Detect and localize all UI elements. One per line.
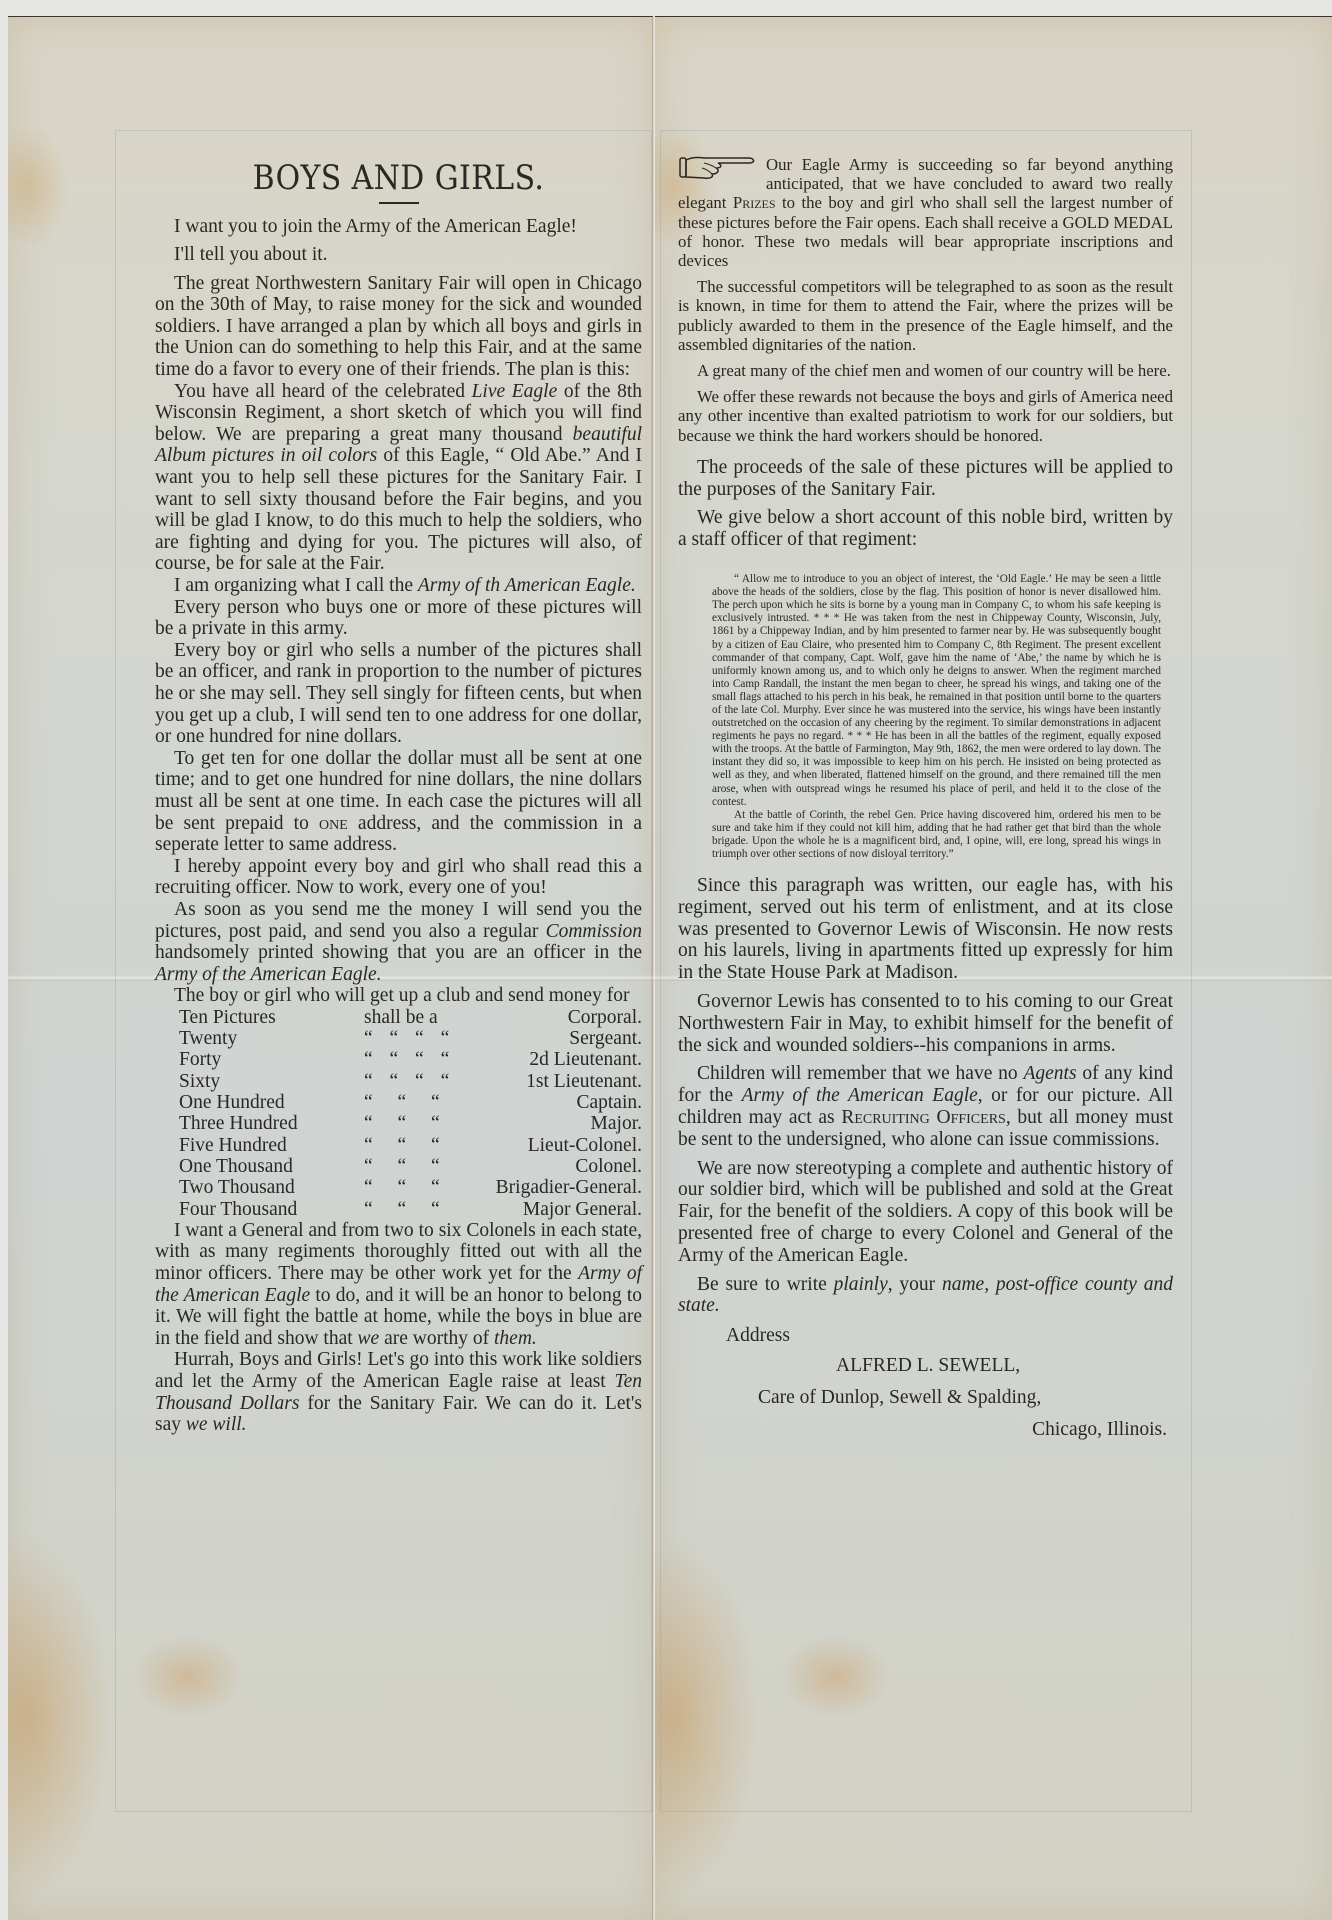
sheet-seam xyxy=(652,16,655,1920)
officer-quote: “ Allow me to introduce to you an object… xyxy=(712,573,1161,861)
small-caps-text: Recruiting Officers xyxy=(841,1107,1006,1128)
paragraph-proceeds: The proceeds of the sale of these pictur… xyxy=(678,457,1173,501)
page-title: BOYS AND GIRLS. xyxy=(184,158,613,198)
address-name: ALFRED L. SEWELL, xyxy=(678,1355,1173,1377)
paragraph-organizing: I am organizing what I call the Army of … xyxy=(155,575,642,597)
address-block: Address ALFRED L. SEWELL, Care of Dunlop… xyxy=(678,1325,1173,1440)
paragraph-general: I want a General and from two to six Col… xyxy=(155,1220,642,1350)
italic-text: plainly xyxy=(834,1274,888,1295)
rank-row: Three Hundred“ “ “Major. xyxy=(179,1113,642,1134)
rank-ditto: “ “ “ “ xyxy=(364,1071,474,1092)
left-column: BOYS AND GIRLS. I want you to join the A… xyxy=(155,150,642,1436)
italic-text: Live Eagle xyxy=(472,381,558,402)
italic-text: them. xyxy=(494,1328,537,1349)
rank-title: Brigadier-General. xyxy=(474,1177,642,1198)
rank-ditto: shall be a xyxy=(364,1007,474,1028)
italic-text: Agents xyxy=(1023,1063,1076,1084)
paragraph-write-plainly: Be sure to write plainly, your name, pos… xyxy=(678,1274,1173,1318)
rank-count: One Thousand xyxy=(179,1156,364,1177)
paragraph-private: Every person who buys one or more of the… xyxy=(155,597,642,640)
paragraph-commission: As soon as you send me the money I will … xyxy=(155,899,642,985)
rank-count: Sixty xyxy=(179,1071,364,1092)
rank-ditto: “ “ “ xyxy=(364,1135,474,1156)
title-rule xyxy=(379,202,419,204)
rank-row: Four Thousand“ “ “Major General. xyxy=(179,1199,642,1220)
text: I am organizing what I call the xyxy=(174,575,418,596)
rank-row: Two Thousand“ “ “Brigadier-General. xyxy=(179,1177,642,1198)
rank-count: Four Thousand xyxy=(179,1199,364,1220)
rank-count: Two Thousand xyxy=(179,1177,364,1198)
paragraph-governor: Governor Lewis has consented to to his c… xyxy=(678,991,1173,1056)
rank-ditto: “ “ “ xyxy=(364,1199,474,1220)
text: handsomely printed showing that you are … xyxy=(155,942,642,963)
paragraph-below: We give below a short account of this no… xyxy=(678,507,1173,551)
small-caps-text: one xyxy=(319,813,348,834)
paragraph-stereotyping: We are now stereotyping a complete and a… xyxy=(678,1158,1173,1267)
rank-count: Forty xyxy=(179,1049,364,1070)
italic-text: Army of the American Eagle xyxy=(742,1085,978,1106)
paragraph-hurrah: Hurrah, Boys and Girls! Let's go into th… xyxy=(155,1349,642,1435)
rank-title: Major. xyxy=(474,1113,642,1134)
italic-text: we will. xyxy=(186,1414,247,1435)
rank-title: 1st Lieutenant. xyxy=(474,1071,642,1092)
rank-ditto: “ “ “ “ xyxy=(364,1049,474,1070)
rank-row: Twenty“ “ “ “Sergeant. xyxy=(179,1028,642,1049)
paragraph-tell: I'll tell you about it. xyxy=(155,244,642,266)
address-city: Chicago, Illinois. xyxy=(678,1419,1173,1441)
rank-title: Captain. xyxy=(474,1092,642,1113)
address-label: Address xyxy=(678,1325,1173,1347)
rank-count: Twenty xyxy=(179,1028,364,1049)
text: Hurrah, Boys and Girls! Let's go into th… xyxy=(155,1349,642,1392)
rank-row: One Thousand“ “ “Colonel. xyxy=(179,1156,642,1177)
rank-row: One Hundred“ “ “Captain. xyxy=(179,1092,642,1113)
rank-count: Three Hundred xyxy=(179,1113,364,1134)
rank-title: Lieut-Colonel. xyxy=(474,1135,642,1156)
rank-count: Five Hundred xyxy=(179,1135,364,1156)
text: I want a General and from two to six Col… xyxy=(155,1220,642,1284)
paragraph-officer: Every boy or girl who sells a number of … xyxy=(155,640,642,748)
rank-title: Major General. xyxy=(474,1199,642,1220)
rank-ditto: “ “ “ “ xyxy=(364,1028,474,1049)
italic-text: Army of the American Eagle. xyxy=(155,964,382,985)
text: Be sure to write xyxy=(697,1274,834,1295)
text: Children will remember that we have no xyxy=(697,1063,1023,1084)
paragraph-chief: A great many of the chief men and women … xyxy=(678,361,1173,380)
quote-paragraph: “ Allow me to introduce to you an object… xyxy=(712,573,1161,809)
rank-ditto: “ “ “ xyxy=(364,1092,474,1113)
rank-ditto: “ “ “ xyxy=(364,1156,474,1177)
rank-title: Colonel. xyxy=(474,1156,642,1177)
rank-ditto: “ “ “ xyxy=(364,1177,474,1198)
italic-text: we xyxy=(358,1328,380,1349)
text: are worthy of xyxy=(379,1328,494,1349)
address-care-of: Care of Dunlop, Sewell & Spalding, xyxy=(678,1387,1173,1409)
paragraph-telegraph: The successful competitors will be teleg… xyxy=(678,277,1173,354)
rank-title: 2d Lieutenant. xyxy=(474,1049,642,1070)
rank-count: Ten Pictures xyxy=(179,1007,364,1028)
pointing-hand-icon xyxy=(678,152,760,182)
rank-row: Sixty“ “ “ “1st Lieutenant. xyxy=(179,1071,642,1092)
text: , your xyxy=(888,1274,942,1295)
paragraph-live-eagle: You have all heard of the celebrated Liv… xyxy=(155,381,642,575)
small-caps-text: Prizes xyxy=(733,193,776,212)
paragraph-fair: The great Northwestern Sanitary Fair wil… xyxy=(155,273,642,381)
right-column: Our Eagle Army is succeeding so far beyo… xyxy=(678,155,1173,1440)
rank-title: Corporal. xyxy=(474,1007,642,1028)
quote-paragraph: At the battle of Corinth, the rebel Gen.… xyxy=(712,809,1161,861)
rank-ditto: “ “ “ xyxy=(364,1113,474,1134)
paragraph-children: Children will remember that we have no A… xyxy=(678,1063,1173,1150)
paragraph-appoint: I hereby appoint every boy and girl who … xyxy=(155,856,642,899)
rank-row: Ten Picturesshall be aCorporal. xyxy=(179,1007,642,1028)
rank-count: One Hundred xyxy=(179,1092,364,1113)
paragraph-since: Since this paragraph was written, our ea… xyxy=(678,875,1173,984)
paragraph-prizes: Our Eagle Army is succeeding so far beyo… xyxy=(678,155,1173,270)
italic-text: Commission xyxy=(546,921,642,942)
paragraph-intro: I want you to join the Army of the Ameri… xyxy=(155,216,642,238)
rank-row: Forty“ “ “ “2d Lieutenant. xyxy=(179,1049,642,1070)
italic-text: Army of th American Eagle. xyxy=(418,575,636,596)
paragraph-club: The boy or girl who will get up a club a… xyxy=(155,985,642,1007)
rank-row: Five Hundred“ “ “Lieut-Colonel. xyxy=(179,1135,642,1156)
paragraph-rewards: We offer these rewards not because the b… xyxy=(678,387,1173,445)
rank-table: Ten Picturesshall be aCorporal. Twenty“ … xyxy=(179,1007,642,1220)
paragraph-ten-for-dollar: To get ten for one dollar the dollar mus… xyxy=(155,748,642,856)
rank-title: Sergeant. xyxy=(474,1028,642,1049)
text: You have all heard of the celebrated xyxy=(174,381,472,402)
